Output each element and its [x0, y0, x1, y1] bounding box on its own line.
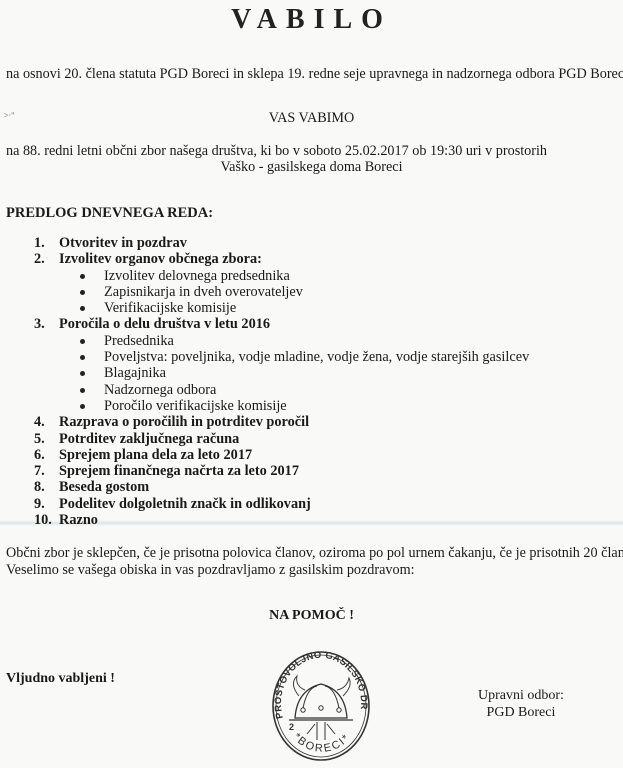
invitation-page: VABILO na osnovi 20. člena statuta PGD B… — [0, 0, 623, 768]
fire-helmet-stamp-icon: PROSTOVOLJNO GASILSKO DRUŠTVO *BORECI* 2 — [269, 648, 373, 764]
agenda-item-text: Poročila o delu društva v letu 2016 — [59, 316, 270, 332]
agenda-item-number: 1. — [34, 235, 45, 251]
agenda-item-text: Otvoritev in pozdrav — [59, 235, 187, 251]
agenda-subitem: Poročilo verifikacijske komisije — [0, 398, 623, 414]
greeting-line: Veselimo se vašega obiska in vas pozdrav… — [6, 562, 623, 579]
agenda-item-text: Razno — [59, 512, 98, 528]
bullet-icon — [80, 339, 85, 344]
agenda-subitem-text: Predsednika — [104, 333, 174, 349]
agenda-subitem: Poveljstva: poveljnika, vodje mladine, v… — [0, 349, 623, 365]
agenda-subitem: Verifikacijske komisije — [0, 300, 623, 316]
agenda-item-text: Izvolitev organov občnega zbora: — [59, 251, 262, 267]
svg-text:2: 2 — [289, 722, 294, 732]
agenda-item: 1.Otvoritev in pozdrav — [0, 235, 623, 251]
agenda-item: 10.Razno — [0, 512, 623, 528]
agenda-subitem-text: Poročilo verifikacijske komisije — [104, 398, 287, 414]
venue-line: Vaško - gasilskega doma Boreci — [0, 159, 623, 176]
agenda-item-text: Sprejem finančnega načrta za leto 2017 — [59, 463, 299, 479]
agenda-subitem-text: Blagajnika — [104, 365, 166, 381]
agenda-heading: PREDLOG DNEVNEGA REDA: — [6, 205, 213, 222]
agenda-item-number: 7. — [34, 463, 45, 479]
agenda-item-number: 8. — [34, 479, 45, 495]
agenda-subitem-text: Izvolitev delovnega predsednika — [104, 268, 290, 284]
bullet-icon — [80, 355, 85, 360]
intro-line: na osnovi 20. člena statuta PGD Boreci i… — [6, 66, 623, 83]
agenda-item-number: 5. — [34, 431, 45, 447]
agenda-subitem: Zapisnikarja in dveh overovateljev — [0, 284, 623, 300]
signature-line-2: PGD Boreci — [478, 704, 564, 721]
agenda-item: 3.Poročila o delu društva v letu 2016 — [0, 316, 623, 332]
agenda-item-text: Beseda gostom — [59, 479, 149, 495]
agenda-subitem: Nadzornega odbora — [0, 382, 623, 398]
signature-block: Upravni odbor: PGD Boreci — [478, 687, 564, 721]
closing-text: Vljudno vabljeni ! — [6, 671, 115, 687]
bullet-icon — [80, 388, 85, 393]
agenda-item-number: 10. — [34, 512, 52, 528]
bullet-icon — [80, 290, 85, 295]
motto: NA POMOČ ! — [0, 608, 623, 624]
agenda-item-text: Podelitev dolgoletnih značk in odlikovan… — [59, 496, 311, 512]
agenda-item: 5.Potrditev zaključnega računa — [0, 431, 623, 447]
agenda-subitem-text: Verifikacijske komisije — [104, 300, 236, 316]
bullet-icon — [80, 371, 85, 376]
agenda-item-number: 6. — [34, 447, 45, 463]
agenda-item-text: Sprejem plana dela za leto 2017 — [59, 447, 252, 463]
signature-line-1: Upravni odbor: — [478, 687, 564, 704]
agenda-item: 9.Podelitev dolgoletnih značk in odlikov… — [0, 496, 623, 512]
document-title: VABILO — [0, 4, 623, 36]
agenda-list: 1.Otvoritev in pozdrav2.Izvolitev organo… — [0, 235, 623, 528]
agenda-item: 4.Razprava o poročilih in potrditev poro… — [0, 414, 623, 430]
agenda-item: 8.Beseda gostom — [0, 479, 623, 495]
agenda-subitem: Predsednika — [0, 333, 623, 349]
bullet-icon — [80, 274, 85, 279]
agenda-item-text: Razprava o poročilih in potrditev poroči… — [59, 414, 309, 430]
agenda-item-text: Potrditev zaključnega računa — [59, 431, 239, 447]
invite-line: na 88. redni letni občni zbor našega dru… — [6, 143, 547, 160]
agenda-subitem-text: Nadzornega odbora — [104, 382, 216, 398]
agenda-subitem: Blagajnika — [0, 365, 623, 381]
bullet-icon — [80, 404, 85, 409]
invite-heading: VAS VABIMO — [0, 110, 623, 127]
agenda-item: 6.Sprejem plana dela za leto 2017 — [0, 447, 623, 463]
agenda-subitem: Izvolitev delovnega predsednika — [0, 268, 623, 284]
agenda-item: 7.Sprejem finančnega načrta za leto 2017 — [0, 463, 623, 479]
agenda-subitem-text: Poveljstva: poveljnika, vodje mladine, v… — [104, 349, 529, 365]
agenda-item-number: 9. — [34, 496, 45, 512]
agenda-subitem-text: Zapisnikarja in dveh overovateljev — [104, 284, 303, 300]
agenda-item-number: 4. — [34, 414, 45, 430]
agenda-item: 2.Izvolitev organov občnega zbora: — [0, 251, 623, 267]
bullet-icon — [80, 306, 85, 311]
quorum-line: Občni zbor je sklepčen, če je prisotna p… — [6, 545, 623, 562]
agenda-item-number: 3. — [34, 316, 45, 332]
footer-note: Občni zbor je sklepčen, če je prisotna p… — [6, 545, 623, 579]
agenda-item-number: 2. — [34, 251, 45, 267]
